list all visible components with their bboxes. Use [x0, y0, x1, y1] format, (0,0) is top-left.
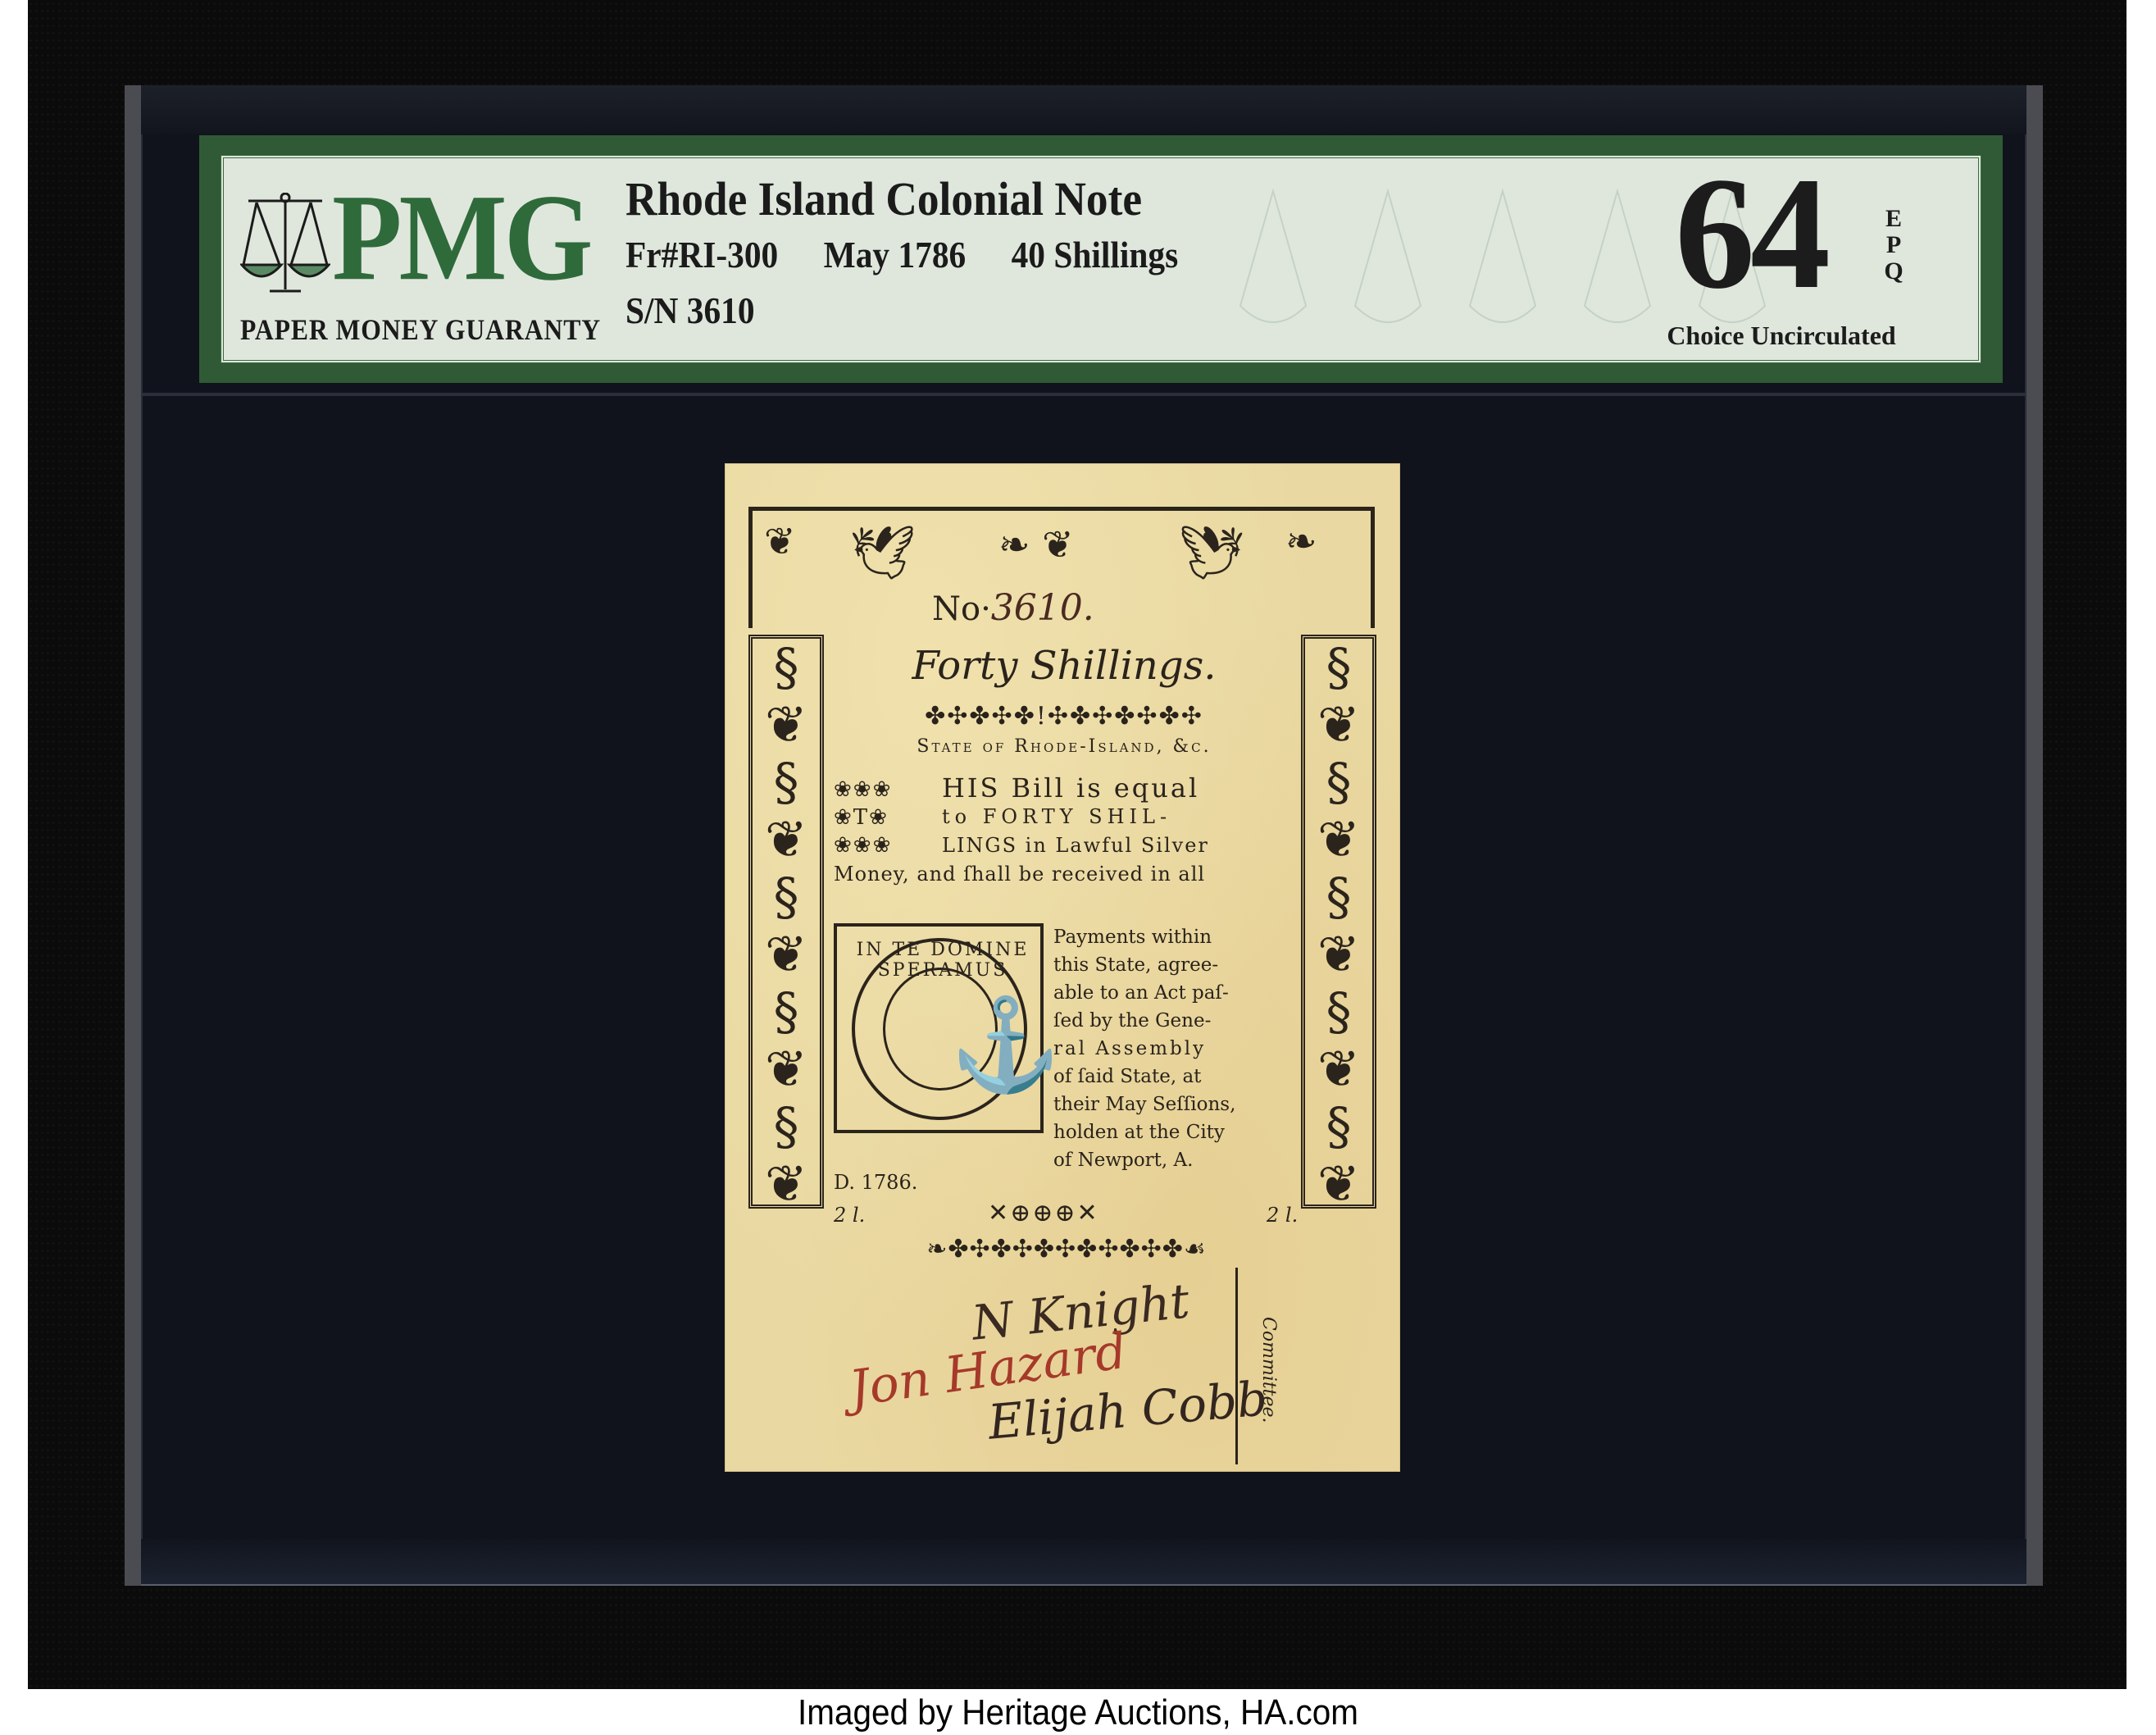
- note-body-right-column: Payments within this State, agree- able …: [1053, 923, 1296, 1174]
- note-heading: Forty Shillings.: [832, 643, 1296, 689]
- denomination-right: 2 l.: [1267, 1204, 1298, 1227]
- note-description: Rhode Island Colonial Note Fr#RI-300 May…: [625, 170, 1280, 340]
- holder-bottom-edge: [141, 1539, 2026, 1586]
- epq-letter-q: Q: [1881, 258, 1906, 285]
- holder-label-separator: [141, 393, 2026, 396]
- colonial-banknote: ❦ 🕊 ❧ ❦ 🕊 ❧ No·3610. §❦§❦§❦§❦§❦ §❦§❦§❦§❦…: [725, 464, 1399, 1471]
- epq-letter-e: E: [1881, 206, 1906, 232]
- denomination: 40 Shillings: [1012, 234, 1179, 276]
- holder-top-edge: [141, 85, 2026, 134]
- scroll-ornament-icon: ❦: [764, 522, 796, 560]
- scroll-ornament-icon: ❧ ❦: [998, 526, 1074, 563]
- scroll-ornament-icon: ❧: [1285, 522, 1317, 560]
- state-line: State of Rhode-Island, &c.: [832, 736, 1296, 757]
- denomination-left: 2 l.: [834, 1204, 865, 1227]
- scales-of-justice-icon: [240, 193, 330, 299]
- bird-right-icon: 🕊: [1179, 527, 1245, 580]
- grading-label: PMG PAPER MONEY GUARANTY Rhode Island Co…: [199, 135, 2003, 383]
- issue-date: May 1786: [824, 234, 967, 276]
- note-date: D. 1786.: [834, 1171, 917, 1194]
- note-details: Fr#RI-300 May 1786 40 Shillings: [625, 229, 1215, 281]
- pmg-full-name: PAPER MONEY GUARANTY: [240, 312, 601, 347]
- grade-number: 64: [1675, 155, 1826, 314]
- epq-letter-p: P: [1881, 232, 1906, 258]
- grade-designation: E P Q: [1881, 206, 1906, 285]
- pmg-logo: PMG PAPER MONEY GUARANTY: [240, 183, 601, 363]
- bottom-ornament-rule-icon: ❧✤✣✤✣✤✣✤✣✤✣✤☙: [837, 1235, 1296, 1264]
- note-serial: No·3610.: [932, 587, 1094, 629]
- anchor-seal: IN TE DOMINE SPERAMUS ⚓: [834, 923, 1044, 1133]
- serial-number: S/N 3610: [625, 281, 1215, 340]
- image-credit: Imaged by Heritage Auctions, HA.com: [86, 1692, 2070, 1733]
- grade-description: Choice Uncirculated: [1642, 321, 1921, 351]
- pmg-wordmark: PMG: [332, 176, 590, 300]
- note-body-text: HIS Bill is equal to FORTY SHIL- LINGS i…: [834, 774, 1298, 889]
- ornament-rule-icon: ✤✣✤✣✤!✣✤✣✤✣✤✣: [832, 702, 1296, 731]
- handwritten-serial: 3610.: [991, 587, 1094, 629]
- cross-circle-ornament-icon: ✕⊕⊕⊕✕: [988, 1199, 1099, 1227]
- grade-block: 64 E P Q Choice Uncirculated: [1642, 168, 1921, 357]
- signature-bracket: [1235, 1268, 1244, 1464]
- left-scroll-border: §❦§❦§❦§❦§❦: [748, 635, 824, 1209]
- note-title: Rhode Island Colonial Note: [625, 170, 1228, 229]
- bird-left-icon: 🕊: [849, 527, 916, 580]
- anchor-icon: ⚓: [949, 1000, 1062, 1090]
- right-scroll-border: §❦§❦§❦§❦§❦: [1301, 635, 1376, 1209]
- label-inner-panel: PMG PAPER MONEY GUARANTY Rhode Island Co…: [221, 155, 1981, 363]
- catalog-number: Fr#RI-300: [625, 234, 778, 276]
